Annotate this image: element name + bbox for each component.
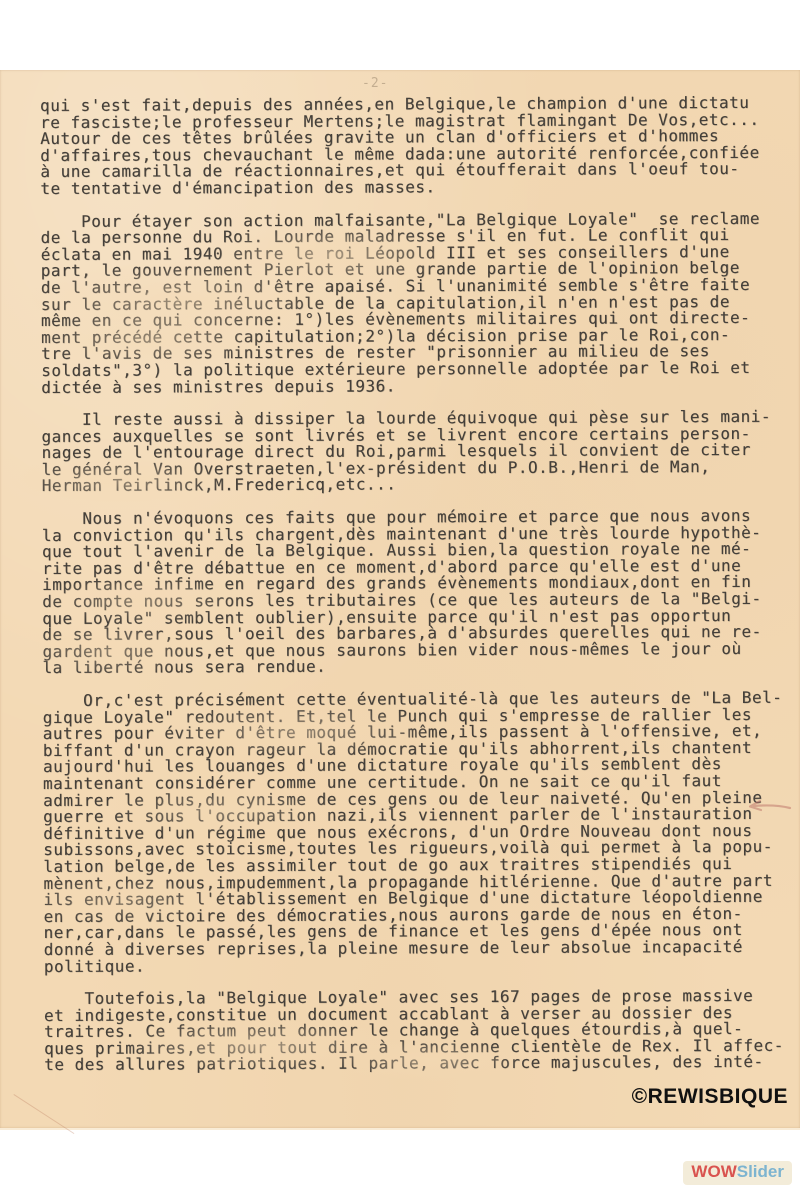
wowslider-badge[interactable]: WOWSlider (683, 1161, 792, 1185)
pencil-arrow-icon (746, 799, 792, 819)
copyright-watermark: ©REWISBIQUE (632, 1085, 788, 1109)
paragraph: Toutefois,la "Belgique Loyale" avec ses … (44, 988, 792, 1074)
paragraph: qui s'est fait,depuis des années,en Belg… (40, 95, 788, 198)
scanned-document-page: -2- qui s'est fait,depuis des années,en … (0, 0, 800, 1200)
wowslider-badge-wow-label: WOW (691, 1162, 736, 1181)
paragraph: Nous n'évoquons ces faits que pour mémoi… (42, 508, 791, 677)
paragraph: Or,c'est précisément cette éventualité-l… (43, 690, 792, 975)
typewritten-text: qui s'est fait,depuis des années,en Belg… (40, 95, 792, 1090)
page-number: -2- (362, 76, 388, 91)
paragraph: Il reste aussi à dissiper la lourde équi… (41, 409, 789, 495)
paragraph: Pour étayer son action malfaisante,"La B… (41, 210, 790, 396)
wowslider-badge-slider-label: Slider (737, 1162, 784, 1181)
